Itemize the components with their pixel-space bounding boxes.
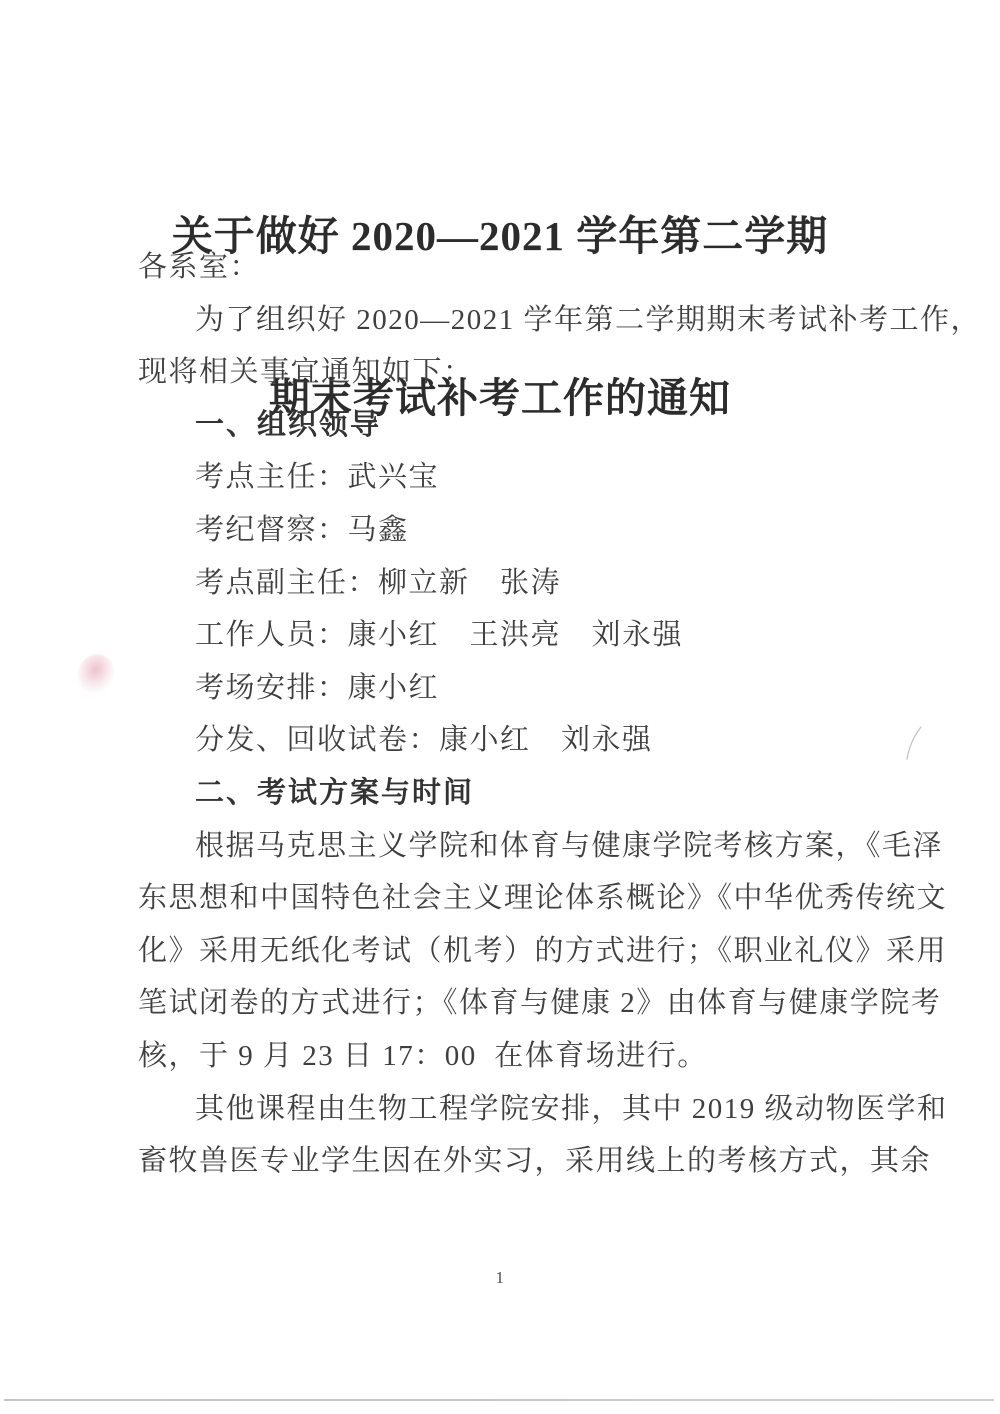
document-line: 为了组织好 2020—2021 学年第二学期期末考试补考工作， bbox=[138, 294, 878, 347]
page-number: 1 bbox=[0, 1268, 1000, 1288]
section-heading: 二、考试方案与时间 bbox=[138, 767, 878, 820]
document-line: 现将相关事宜通知如下： bbox=[138, 346, 878, 399]
document-line: 根据马克思主义学院和体育与健康学院考核方案，《毛泽 bbox=[138, 820, 878, 873]
document-line: 核，于 9 月 23 日 17：00 在体育场进行。 bbox=[138, 1030, 878, 1083]
document-line: 分发、回收试卷：康小红 刘永强 bbox=[138, 714, 878, 767]
document-line: 其他课程由生物工程学院安排，其中 2019 级动物医学和 bbox=[138, 1083, 878, 1136]
document-line: 畜牧兽医专业学生因在外实习，采用线上的考核方式，其余 bbox=[138, 1135, 878, 1188]
document-line: 考点副主任：柳立新 张涛 bbox=[138, 557, 878, 610]
scan-curve-artifact bbox=[902, 725, 924, 768]
scan-smudge-artifact bbox=[72, 649, 120, 699]
section-heading: 一、组织领导 bbox=[138, 399, 878, 452]
document-line: 东思想和中国特色社会主义理论体系概论》《中华优秀传统文 bbox=[138, 872, 878, 925]
scan-paper-edge-line bbox=[4, 1399, 994, 1401]
document-line: 考场安排：康小红 bbox=[138, 662, 878, 715]
document-line: 各系室： bbox=[138, 241, 878, 294]
document-page: 关于做好 2020—2021 学年第二学期 期末考试补考工作的通知 各系室：为了… bbox=[0, 0, 1000, 1414]
document-line: 考纪督察：马鑫 bbox=[138, 504, 878, 557]
document-body: 各系室：为了组织好 2020—2021 学年第二学期期末考试补考工作，现将相关事… bbox=[138, 241, 878, 1188]
document-line: 笔试闭卷的方式进行；《体育与健康 2》由体育与健康学院考 bbox=[138, 977, 878, 1030]
document-line: 化》采用无纸化考试（机考）的方式进行；《职业礼仪》采用 bbox=[138, 925, 878, 978]
document-line: 考点主任：武兴宝 bbox=[138, 451, 878, 504]
document-line: 工作人员：康小红 王洪亮 刘永强 bbox=[138, 609, 878, 662]
